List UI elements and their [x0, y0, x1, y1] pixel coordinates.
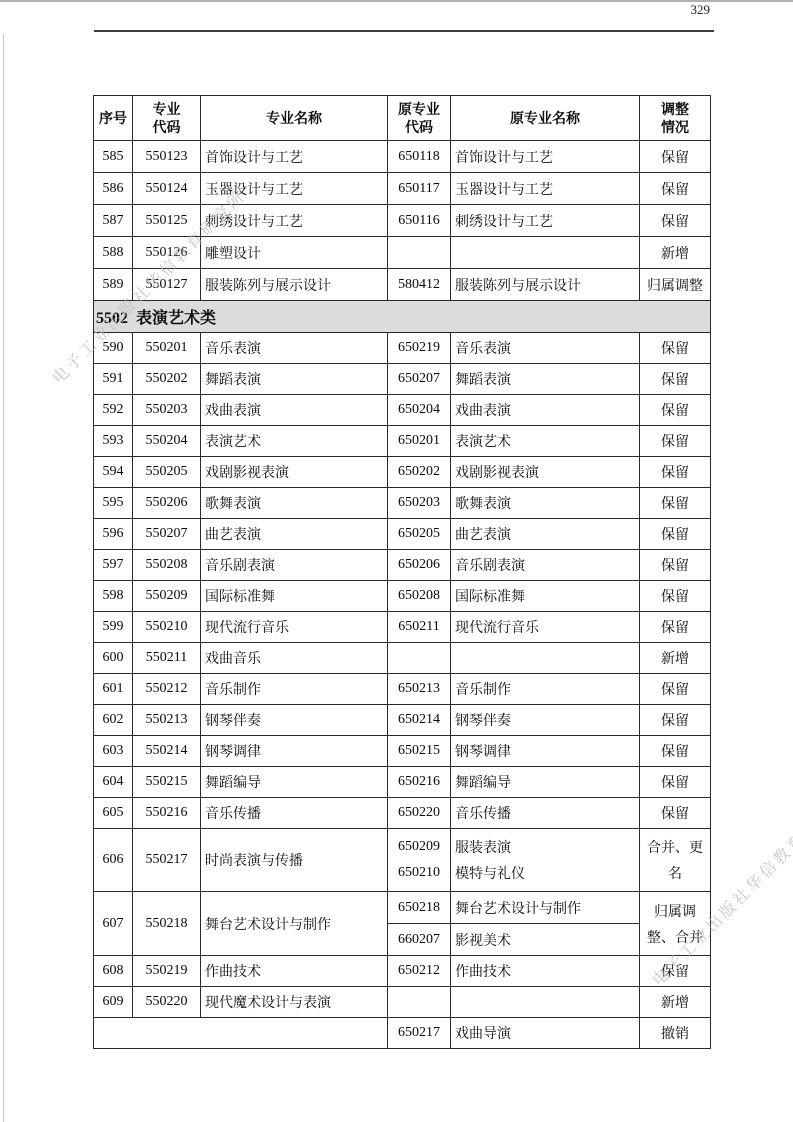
table-row: 600550211戏曲音乐新增 [94, 643, 711, 674]
cell-name: 戏曲表演 [201, 395, 388, 426]
cell-old-code: 650218 [388, 892, 451, 924]
cell-old-code: 650207 [388, 364, 451, 395]
cell-name: 钢琴伴奏 [201, 705, 388, 736]
cell-code: 550124 [133, 173, 201, 205]
cell-code: 550123 [133, 141, 201, 173]
cell-old-code: 660207 [388, 924, 451, 956]
cell-old-name: 表演艺术 [451, 426, 640, 457]
cell-adjust: 归属调整、合并 [640, 892, 711, 956]
cell-name: 舞蹈编导 [201, 767, 388, 798]
cell-name: 玉器设计与工艺 [201, 173, 388, 205]
cell-adjust: 保留 [640, 205, 711, 237]
cell-name: 曲艺表演 [201, 519, 388, 550]
cell-old-name [451, 643, 640, 674]
page-number: 329 [691, 2, 711, 18]
header-line: 代码 [133, 118, 200, 136]
cell-no: 605 [94, 798, 133, 829]
cell-old-name: 钢琴调律 [451, 736, 640, 767]
cell-adjust: 保留 [640, 488, 711, 519]
cell-old-code [388, 643, 451, 674]
cell-code: 550126 [133, 237, 201, 269]
cell-code: 550210 [133, 612, 201, 643]
cell-line: 整、合并 [640, 924, 710, 950]
cell-old-code: 650217 [388, 1018, 451, 1049]
table-row: 603550214钢琴调律650215钢琴调律保留 [94, 736, 711, 767]
table-row: 588550126雕塑设计新增 [94, 237, 711, 269]
table-row: 599550210现代流行音乐650211现代流行音乐保留 [94, 612, 711, 643]
cell-old-code: 650215 [388, 736, 451, 767]
table-row: 591550202舞蹈表演650207舞蹈表演保留 [94, 364, 711, 395]
cell-no: 596 [94, 519, 133, 550]
cell-name: 舞台艺术设计与制作 [201, 892, 388, 956]
table-row: 609550220现代魔术设计与表演新增 [94, 987, 711, 1018]
cell-no: 592 [94, 395, 133, 426]
cell-adjust: 保留 [640, 736, 711, 767]
cell-adjust: 保留 [640, 141, 711, 173]
cell-line: 模特与礼仪 [455, 860, 639, 886]
cell-old-name: 玉器设计与工艺 [451, 173, 640, 205]
table-row: 587550125刺绣设计与工艺650116刺绣设计与工艺保留 [94, 205, 711, 237]
cell-no: 602 [94, 705, 133, 736]
cell-name: 钢琴调律 [201, 736, 388, 767]
cell-name: 戏曲音乐 [201, 643, 388, 674]
cell-no: 608 [94, 956, 133, 987]
cell-code: 550125 [133, 205, 201, 237]
cell-old-name: 音乐表演 [451, 333, 640, 364]
cell-adjust: 保留 [640, 364, 711, 395]
cell-old-code: 650214 [388, 705, 451, 736]
cell-name: 歌舞表演 [201, 488, 388, 519]
majors-adjustment-table: 序号专业代码专业名称原专业代码原专业名称调整情况 585550123首饰设计与工… [93, 95, 711, 1049]
table-body: 585550123首饰设计与工艺650118首饰设计与工艺保留586550124… [94, 141, 711, 1049]
cell-adjust: 归属调整 [640, 269, 711, 301]
cell-name: 雕塑设计 [201, 237, 388, 269]
cell-code: 550217 [133, 829, 201, 892]
cell-line: 归属调 [640, 898, 710, 924]
header-line: 专业 [133, 100, 200, 118]
cell-adjust: 新增 [640, 643, 711, 674]
cell-code: 550127 [133, 269, 201, 301]
cell-no: 607 [94, 892, 133, 956]
cell-line: 服装表演 [455, 834, 639, 860]
cell-code: 550218 [133, 892, 201, 956]
table-row: 594550205戏剧影视表演650202戏剧影视表演保留 [94, 457, 711, 488]
cell-code: 550202 [133, 364, 201, 395]
cell-code: 550214 [133, 736, 201, 767]
cell-name: 作曲技术 [201, 956, 388, 987]
cell-old-code: 650209650210 [388, 829, 451, 892]
table-row: 590550201音乐表演650219音乐表演保留 [94, 333, 711, 364]
cell-line: 650209 [388, 834, 450, 860]
cell-code: 550219 [133, 956, 201, 987]
cell-old-code: 650205 [388, 519, 451, 550]
cell-name: 舞蹈表演 [201, 364, 388, 395]
cell-adjust: 新增 [640, 987, 711, 1018]
table-row: 602550213钢琴伴奏650214钢琴伴奏保留 [94, 705, 711, 736]
table-row: 606550217时尚表演与传播650209650210服装表演模特与礼仪合并、… [94, 829, 711, 892]
cell-code: 550205 [133, 457, 201, 488]
cell-old-name: 国际标准舞 [451, 581, 640, 612]
cell-adjust: 保留 [640, 705, 711, 736]
cell-name: 国际标准舞 [201, 581, 388, 612]
table-row: 605550216音乐传播650220音乐传播保留 [94, 798, 711, 829]
cell-name: 现代流行音乐 [201, 612, 388, 643]
cell-name: 戏剧影视表演 [201, 457, 388, 488]
table-row: 593550204表演艺术650201表演艺术保留 [94, 426, 711, 457]
cell-adjust: 保留 [640, 395, 711, 426]
cell-adjust: 保留 [640, 956, 711, 987]
header-line: 代码 [388, 118, 450, 136]
cell-code: 550220 [133, 987, 201, 1018]
cell-name: 时尚表演与传播 [201, 829, 388, 892]
cell-old-code: 650201 [388, 426, 451, 457]
cell-no: 595 [94, 488, 133, 519]
cell-name: 音乐剧表演 [201, 550, 388, 581]
cell-old-name: 舞蹈编导 [451, 767, 640, 798]
cell-old-code: 650216 [388, 767, 451, 798]
header-no: 序号 [94, 96, 133, 141]
cell-no: 588 [94, 237, 133, 269]
cell-no: 601 [94, 674, 133, 705]
cell-old-name: 作曲技术 [451, 956, 640, 987]
cell-name: 音乐传播 [201, 798, 388, 829]
cell-line: 合并、更 [640, 834, 710, 860]
cell-old-code: 650213 [388, 674, 451, 705]
header-line: 专业名称 [201, 109, 387, 127]
cell-adjust: 合并、更名 [640, 829, 711, 892]
header-line: 原专业 [388, 100, 450, 118]
cell-adjust: 保留 [640, 674, 711, 705]
cell-no: 600 [94, 643, 133, 674]
table-row: 595550206歌舞表演650203歌舞表演保留 [94, 488, 711, 519]
cell-no: 598 [94, 581, 133, 612]
table-row: 598550209国际标准舞650208国际标准舞保留 [94, 581, 711, 612]
cell-old-name: 舞台艺术设计与制作 [451, 892, 640, 924]
cell-old-name: 音乐剧表演 [451, 550, 640, 581]
cell-old-name: 服装陈列与展示设计 [451, 269, 640, 301]
cell-old-code: 650118 [388, 141, 451, 173]
page-top-edge-line [0, 0, 793, 2]
table-row: 592550203戏曲表演650204戏曲表演保留 [94, 395, 711, 426]
cell-code: 550212 [133, 674, 201, 705]
page-left-edge-line [3, 34, 4, 1122]
cell-old-code: 650117 [388, 173, 451, 205]
cell-code: 550213 [133, 705, 201, 736]
cell-old-code: 650203 [388, 488, 451, 519]
cell-no: 589 [94, 269, 133, 301]
cell-old-code: 650204 [388, 395, 451, 426]
table-head: 序号专业代码专业名称原专业代码原专业名称调整情况 [94, 96, 711, 141]
table-row: 608550219作曲技术650212作曲技术保留 [94, 956, 711, 987]
cell-old-name: 歌舞表演 [451, 488, 640, 519]
cell-code: 550208 [133, 550, 201, 581]
cell-old-code: 580412 [388, 269, 451, 301]
cell-old-name [451, 987, 640, 1018]
cell-code: 550206 [133, 488, 201, 519]
header-old-name: 原专业名称 [451, 96, 640, 141]
cell-code: 550211 [133, 643, 201, 674]
cell-name: 音乐表演 [201, 333, 388, 364]
cell-name: 表演艺术 [201, 426, 388, 457]
cell-code: 550216 [133, 798, 201, 829]
header-adjust: 调整情况 [640, 96, 711, 141]
table-header-row: 序号专业代码专业名称原专业代码原专业名称调整情况 [94, 96, 711, 141]
cell-old-name: 首饰设计与工艺 [451, 141, 640, 173]
table-row: 585550123首饰设计与工艺650118首饰设计与工艺保留 [94, 141, 711, 173]
cell-old-name: 戏曲导演 [451, 1018, 640, 1049]
cell-old-name: 刺绣设计与工艺 [451, 205, 640, 237]
cell-old-name: 舞蹈表演 [451, 364, 640, 395]
cell-no: 599 [94, 612, 133, 643]
table-row: 604550215舞蹈编导650216舞蹈编导保留 [94, 767, 711, 798]
cell-old-code: 650202 [388, 457, 451, 488]
cell-code: 550207 [133, 519, 201, 550]
header-rule [94, 30, 714, 32]
table-row: 589550127服装陈列与展示设计580412服装陈列与展示设计归属调整 [94, 269, 711, 301]
cell-adjust: 保留 [640, 550, 711, 581]
table-row: 596550207曲艺表演650205曲艺表演保留 [94, 519, 711, 550]
cell-no: 594 [94, 457, 133, 488]
cell-adjust: 保留 [640, 612, 711, 643]
table-row: 586550124玉器设计与工艺650117玉器设计与工艺保留 [94, 173, 711, 205]
cell-no: 590 [94, 333, 133, 364]
cell-old-name [451, 237, 640, 269]
section-row: 5502表演艺术类 [94, 301, 711, 333]
cell-old-name: 影视美术 [451, 924, 640, 956]
table-row: 601550212音乐制作650213音乐制作保留 [94, 674, 711, 705]
cell-no: 603 [94, 736, 133, 767]
header-line: 原专业名称 [451, 109, 639, 127]
cell-line: 650210 [388, 860, 450, 886]
cell-old-name: 钢琴伴奏 [451, 705, 640, 736]
cell-no: 609 [94, 987, 133, 1018]
cell-old-code: 650220 [388, 798, 451, 829]
table-row: 597550208音乐剧表演650206音乐剧表演保留 [94, 550, 711, 581]
cell-adjust: 保留 [640, 767, 711, 798]
cell-old-code: 650219 [388, 333, 451, 364]
cell-adjust: 保留 [640, 519, 711, 550]
cell-no: 604 [94, 767, 133, 798]
cell-name: 刺绣设计与工艺 [201, 205, 388, 237]
table-row: 607550218舞台艺术设计与制作650218舞台艺术设计与制作归属调整、合并 [94, 892, 711, 924]
cell-no: 597 [94, 550, 133, 581]
cell-adjust: 保留 [640, 173, 711, 205]
cell-adjust: 保留 [640, 426, 711, 457]
cell-no: 606 [94, 829, 133, 892]
cell-code: 550203 [133, 395, 201, 426]
cell-old-name: 音乐传播 [451, 798, 640, 829]
header-line: 情况 [640, 118, 710, 136]
header-old-code: 原专业代码 [388, 96, 451, 141]
cell-no: 593 [94, 426, 133, 457]
cell-no: 586 [94, 173, 133, 205]
cell-adjust: 保留 [640, 333, 711, 364]
cell-adjust: 保留 [640, 581, 711, 612]
table-row: 650217戏曲导演撤销 [94, 1018, 711, 1049]
cell-old-name: 曲艺表演 [451, 519, 640, 550]
cell-code: 550209 [133, 581, 201, 612]
document-page: 329 电子工业出版社华信教育研究所 电子工业出版社华信教育研究所 序号专业代码… [0, 0, 793, 1122]
cell-old-code: 650212 [388, 956, 451, 987]
cell-merged-empty [94, 1018, 388, 1049]
cell-adjust: 保留 [640, 798, 711, 829]
cell-name: 现代魔术设计与表演 [201, 987, 388, 1018]
cell-adjust: 保留 [640, 457, 711, 488]
cell-old-name: 服装表演模特与礼仪 [451, 829, 640, 892]
cell-old-code: 650211 [388, 612, 451, 643]
cell-old-code [388, 987, 451, 1018]
section-band: 5502表演艺术类 [94, 301, 711, 333]
cell-old-code: 650116 [388, 205, 451, 237]
cell-name: 音乐制作 [201, 674, 388, 705]
cell-code: 550201 [133, 333, 201, 364]
cell-line: 名 [640, 860, 710, 886]
cell-code: 550215 [133, 767, 201, 798]
cell-adjust: 新增 [640, 237, 711, 269]
header-name: 专业名称 [201, 96, 388, 141]
cell-old-name: 现代流行音乐 [451, 612, 640, 643]
cell-name: 服装陈列与展示设计 [201, 269, 388, 301]
header-line: 序号 [94, 109, 132, 127]
cell-old-code: 650206 [388, 550, 451, 581]
header-code: 专业代码 [133, 96, 201, 141]
cell-no: 591 [94, 364, 133, 395]
cell-code: 550204 [133, 426, 201, 457]
cell-name: 首饰设计与工艺 [201, 141, 388, 173]
cell-adjust: 撤销 [640, 1018, 711, 1049]
section-code: 5502 [96, 310, 128, 327]
cell-no: 587 [94, 205, 133, 237]
cell-old-name: 戏剧影视表演 [451, 457, 640, 488]
cell-old-code: 650208 [388, 581, 451, 612]
cell-old-code [388, 237, 451, 269]
cell-old-name: 音乐制作 [451, 674, 640, 705]
cell-no: 585 [94, 141, 133, 173]
section-name: 表演艺术类 [136, 310, 216, 327]
cell-old-name: 戏曲表演 [451, 395, 640, 426]
header-line: 调整 [640, 100, 710, 118]
